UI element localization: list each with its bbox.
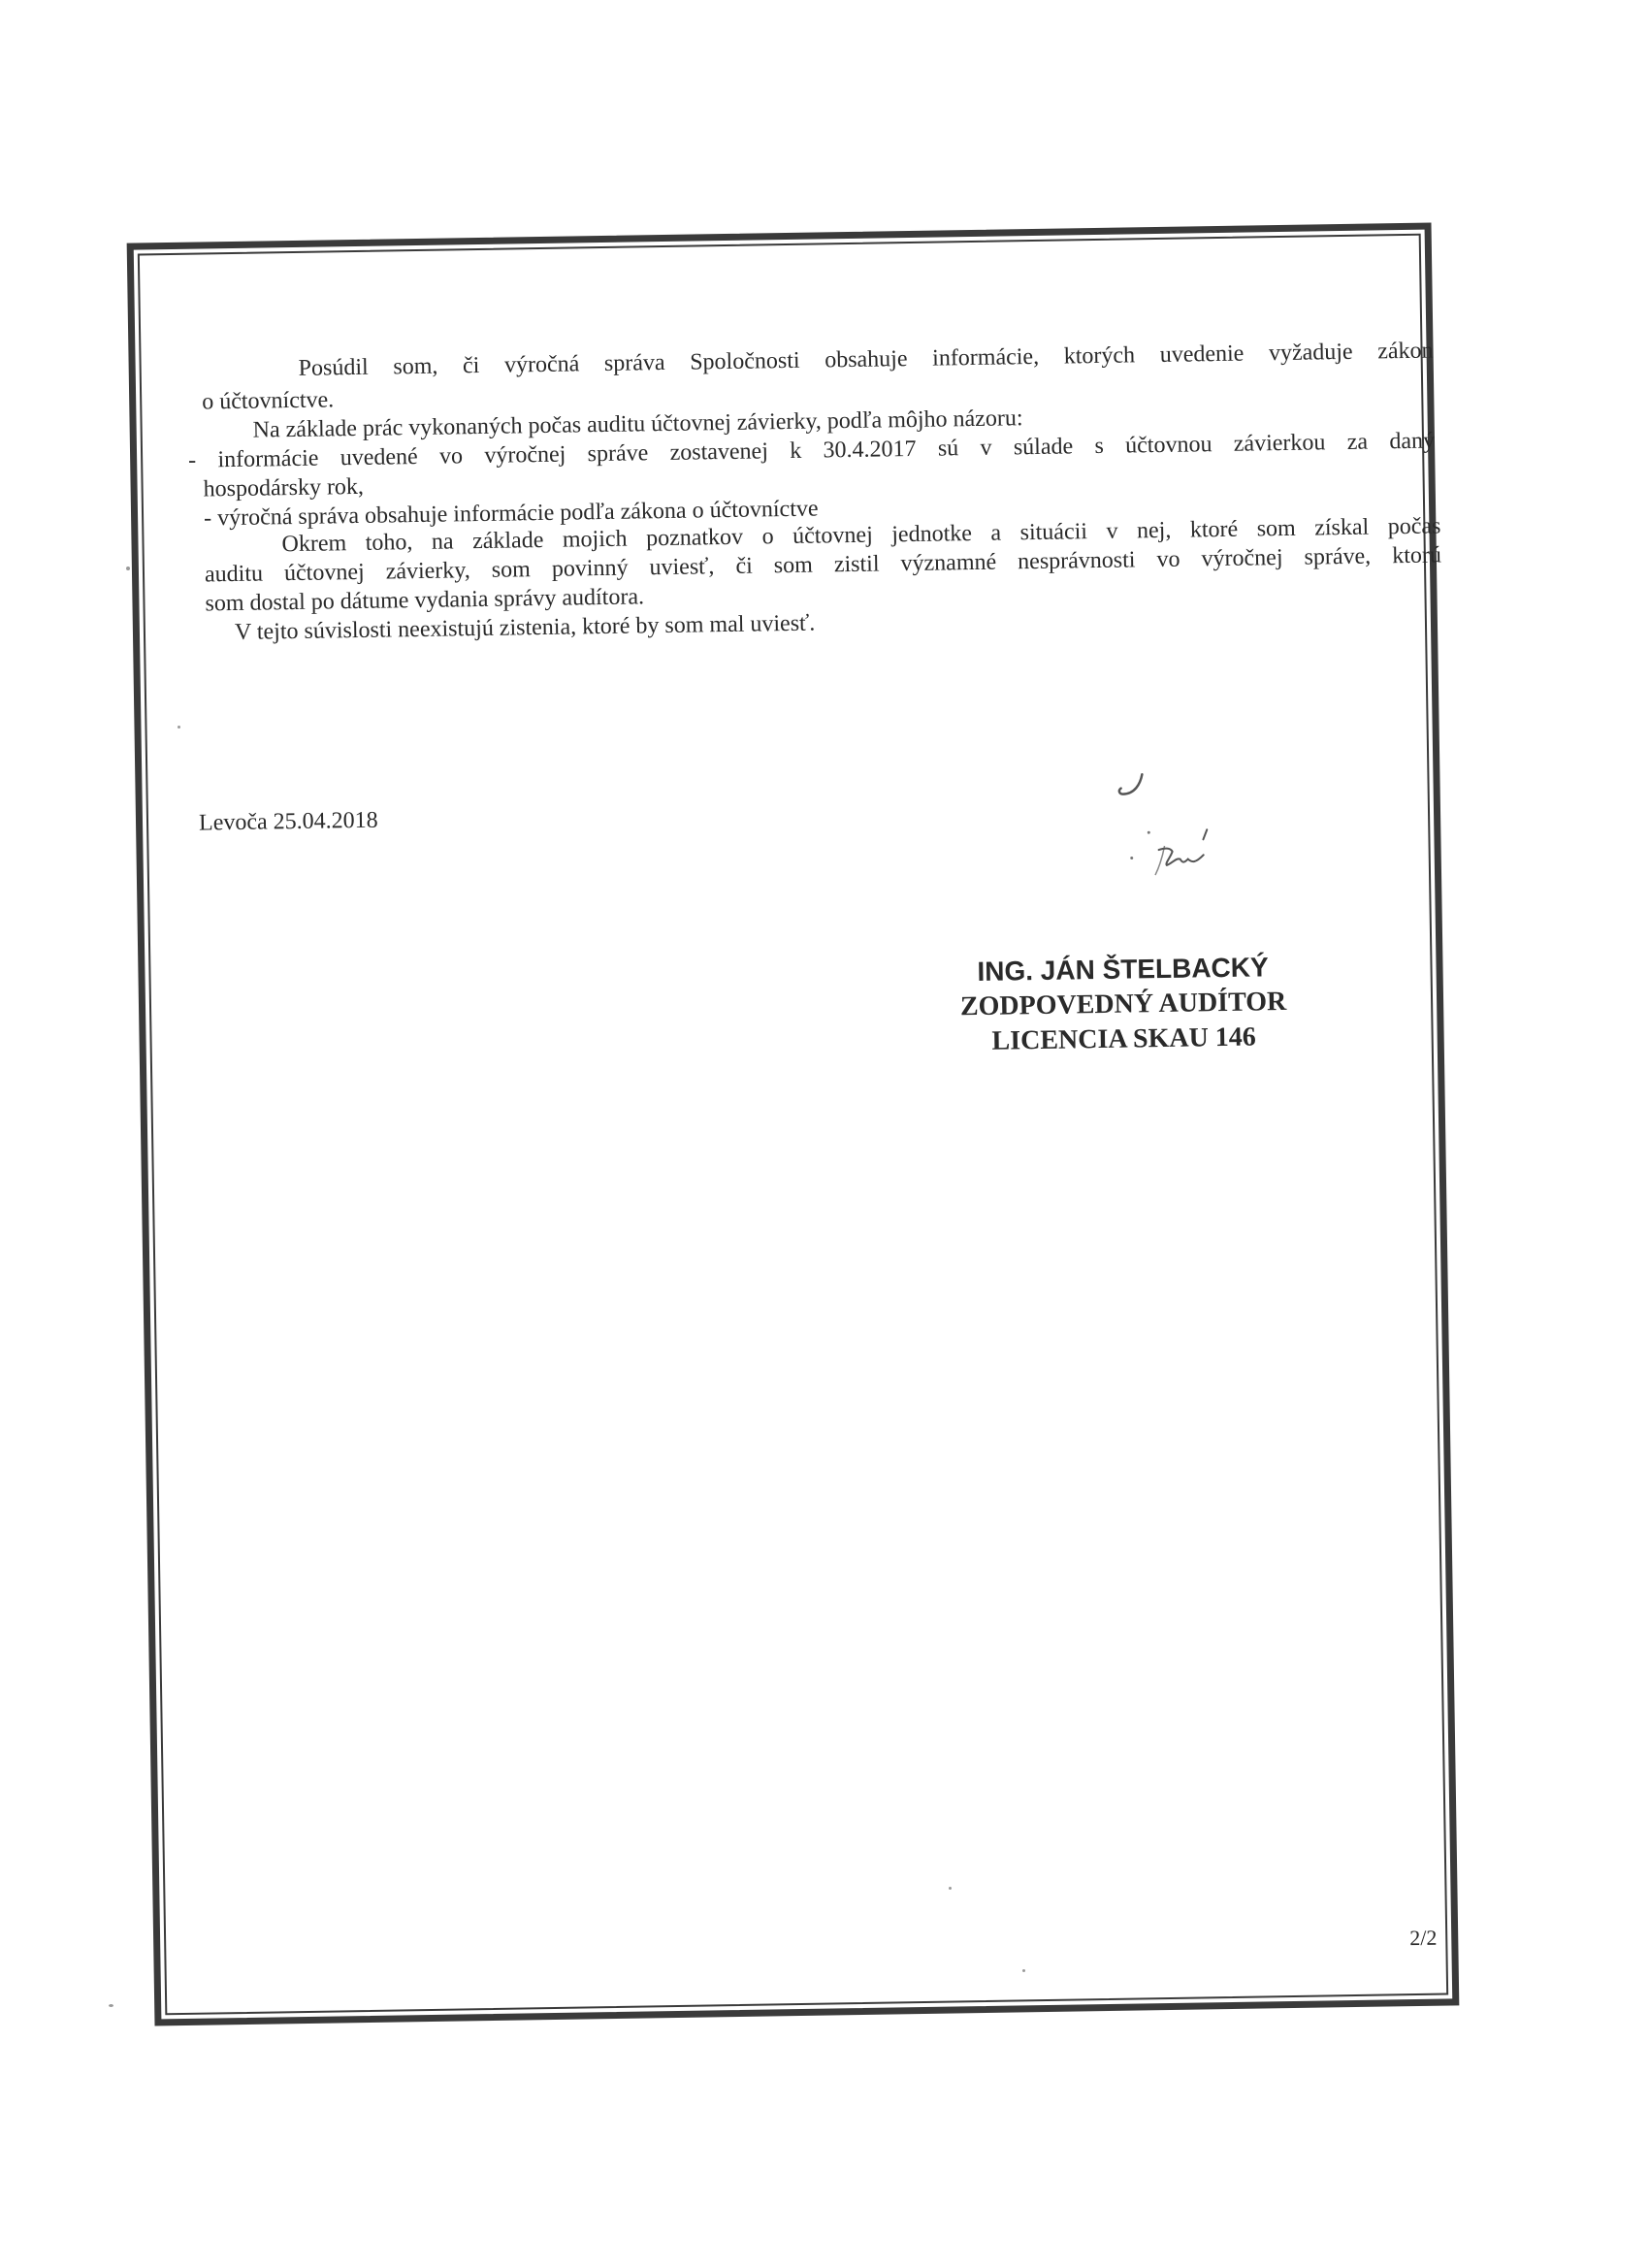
page-number: 2/2	[1409, 1926, 1438, 1951]
place-and-date: Levoča 25.04.2018	[199, 807, 378, 837]
signatory-block: ING. JÁN ŠTELBACKÝ ZODPOVEDNÝ AUDÍTOR LI…	[919, 949, 1328, 1060]
scan-speck	[109, 2004, 113, 2007]
document-page: Posúdil som, či výročná správa Spoločnos…	[0, 0, 1649, 2268]
page-frame: Posúdil som, či výročná správa Spoločnos…	[127, 223, 1460, 2026]
paragraph-3-line-3: som dostal po dátume vydania správy audí…	[205, 583, 644, 617]
scan-speck	[178, 726, 180, 729]
paragraph-1-line-2: o účtovníctve.	[202, 386, 334, 415]
scan-speck	[949, 1887, 952, 1890]
scan-speck	[1022, 1969, 1025, 1972]
signatory-license: LICENCIA SKAU 146	[920, 1019, 1328, 1060]
paragraph-1-line-1: Posúdil som, či výročná správa Spoločnos…	[298, 338, 1433, 382]
handwritten-signature-icon	[1115, 769, 1243, 888]
scan-speck	[126, 567, 130, 570]
bullet-1-line-2: hospodársky rok,	[203, 473, 364, 503]
document-body: Posúdil som, či výročná správa Spoločnos…	[195, 223, 1416, 2025]
signatory-role: ZODPOVEDNÝ AUDÍTOR	[920, 984, 1328, 1025]
